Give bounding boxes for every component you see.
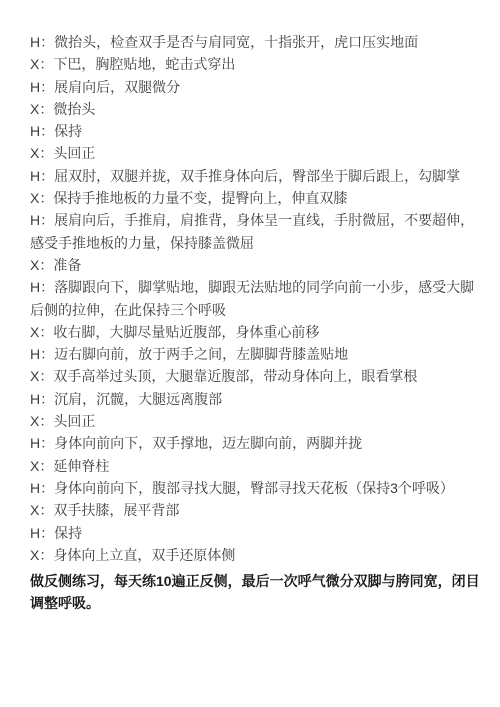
instruction-line: H：保持	[30, 522, 480, 544]
instruction-line: X：微抬头	[30, 98, 480, 120]
instruction-line: X：下巴，胸腔贴地，蛇击式穿出	[30, 53, 480, 75]
instruction-line: H：迈右脚向前，放于两手之间，左脚脚背膝盖贴地	[30, 343, 480, 365]
instruction-line: X：双手高举过头顶，大腿靠近腹部，带动身体向上，眼看掌根	[30, 365, 480, 387]
instruction-line: H：身体向前向下，双手撑地，迈左脚向前，两脚并拢	[30, 432, 480, 454]
instruction-line: X：准备	[30, 254, 480, 276]
instruction-line: H：落脚跟向下，脚掌贴地，脚跟无法贴地的同学向前一小步，感受大脚后侧的拉伸，在此…	[30, 276, 480, 321]
instruction-line: H：屈双肘，双腿并拢，双手推身体向后，臀部坐于脚后跟上，勾脚掌	[30, 165, 480, 187]
instruction-line: H：展肩向后，手推肩，肩推背，身体呈一直线，手肘微屈，不要超伸，感受手推地板的力…	[30, 209, 480, 254]
instruction-line: X：头回正	[30, 410, 480, 432]
instruction-line: X：保持手推地板的力量不变，提臀向上，伸直双膝	[30, 187, 480, 209]
instruction-line: X：延伸脊柱	[30, 455, 480, 477]
document-page: H：微抬头，检查双手是否与肩同宽，十指张开，虎口压实地面 X：下巴，胸腔贴地，蛇…	[0, 0, 500, 707]
instruction-line: X：双手扶膝，展平背部	[30, 499, 480, 521]
instruction-line: H：微抬头，检查双手是否与肩同宽，十指张开，虎口压实地面	[30, 31, 480, 53]
instruction-line: H：沉肩，沉髋，大腿远离腹部	[30, 388, 480, 410]
closing-note: 做反侧练习，每天练10遍正反侧，最后一次呼气微分双脚与胯同宽，闭目调整呼吸。	[30, 570, 480, 615]
instruction-list: H：微抬头，检查双手是否与肩同宽，十指张开，虎口压实地面 X：下巴，胸腔贴地，蛇…	[30, 31, 480, 615]
instruction-line: X：收右脚，大脚尽量贴近腹部，身体重心前移	[30, 321, 480, 343]
instruction-line: X：头回正	[30, 142, 480, 164]
instruction-line: H：保持	[30, 120, 480, 142]
instruction-line: H：展肩向后，双腿微分	[30, 76, 480, 98]
instruction-line: X：身体向上立直，双手还原体侧	[30, 544, 480, 566]
instruction-line: H：身体向前向下，腹部寻找大腿，臀部寻找天花板（保持3个呼吸）	[30, 477, 480, 499]
